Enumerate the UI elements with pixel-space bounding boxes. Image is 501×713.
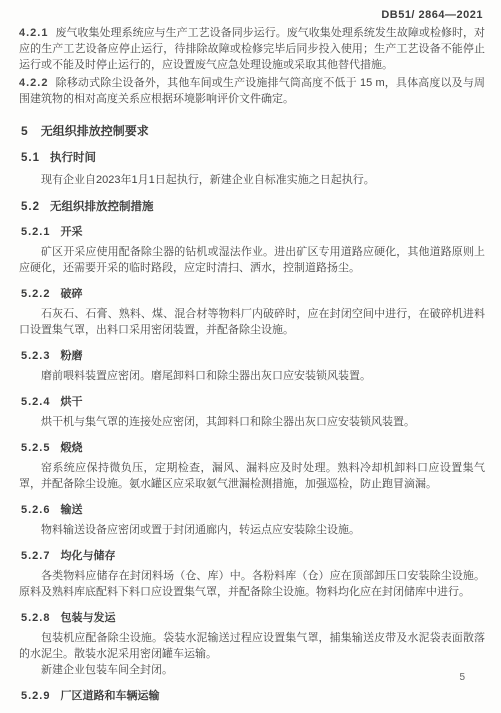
clause-number: 4.2.1 [19, 27, 48, 39]
heading-title: 粉磨 [60, 350, 82, 362]
heading-number: 5 [21, 124, 29, 138]
paragraph-drying: 烘干机与集气罩的连接处应密闭，其卸料口和除尘器出灰口应安装锁风装置。 [19, 414, 485, 430]
paragraph-packing-dispatch: 包装机应配备除尘设施。袋装水泥输送过程应设置集气罩，捕集输送皮带及水泥袋表面散落… [19, 630, 485, 662]
heading-number: 5.2.5 [21, 442, 50, 454]
heading-5-2-8: 5.2.8包装与发运 [21, 609, 485, 625]
clause-text: 除移动式除尘设备外，其他车间或生产设施排气筒高度不低于 15 m，具体高度以及与… [19, 77, 485, 105]
heading-title: 煅烧 [60, 442, 82, 454]
heading-number: 5.2.7 [21, 550, 50, 562]
heading-5-2-9: 5.2.9厂区道路和车辆运输 [21, 687, 485, 703]
page-number: 5 [459, 672, 465, 683]
heading-5-2-4: 5.2.4烘干 [21, 393, 485, 409]
heading-title: 烘干 [60, 396, 82, 408]
heading-number: 5.2.8 [21, 612, 50, 624]
heading-number: 5.2.6 [21, 504, 50, 516]
document-page: DB51/ 2864—2021 4.2.1废气收集处理系统应与生产工艺设备同步运… [0, 0, 501, 713]
heading-number: 5.2.2 [21, 288, 50, 300]
heading-5-2-5: 5.2.5煅烧 [21, 439, 485, 455]
paragraph-crushing: 石灰石、石膏、熟料、煤、混合材等物料厂内破碎时，应在封闭空间中进行，在破碎机进料… [19, 306, 485, 338]
paragraph-mining: 矿区开采应使用配备除尘器的钻机或湿法作业。进出矿区专用道路应硬化，其他道路原则上… [19, 244, 485, 276]
paragraph-homogenization-storage: 各类物料应储存在封闭料场（仓、库）中。各粉料库（仓）应在顶部卸压口安装除尘设施。… [19, 568, 485, 600]
heading-5-2-2: 5.2.2破碎 [21, 285, 485, 301]
heading-number: 5.2.3 [21, 350, 50, 362]
paragraph-conveying: 物料输送设备应密闭或置于封闭通廊内，转运点应安装除尘设施。 [19, 522, 485, 538]
heading-number: 5.1 [21, 152, 40, 164]
heading-title: 输送 [60, 504, 82, 516]
paragraph-execution-time: 现有企业自2023年1月1日起执行，新建企业自标准实施之日起执行。 [19, 172, 485, 188]
heading-title: 厂区道路和车辆运输 [60, 690, 159, 702]
heading-5-2-1: 5.2.1开采 [21, 223, 485, 239]
heading-title: 包装与发运 [60, 612, 115, 624]
heading-number: 5.2.4 [21, 396, 50, 408]
heading-number: 5.2.9 [21, 690, 50, 702]
heading-title: 无组织排放控制要求 [41, 124, 149, 138]
clause-4-2-1: 4.2.1废气收集处理系统应与生产工艺设备同步运行。废气收集处理系统发生故障或检… [19, 25, 485, 73]
heading-title: 开采 [60, 226, 82, 238]
heading-title: 无组织排放控制措施 [50, 201, 154, 213]
heading-5-2-3: 5.2.3粉磨 [21, 347, 485, 363]
paragraph-calcination: 窑系统应保持微负压，定期检查，漏风、漏料应及时处理。熟料冷却机卸料口应设置集气罩… [19, 460, 485, 492]
heading-title: 破碎 [60, 288, 82, 300]
heading-5-2-6: 5.2.6输送 [21, 501, 485, 517]
heading-title: 均化与储存 [60, 550, 115, 562]
clause-number: 4.2.2 [19, 77, 48, 89]
clause-text: 废气收集处理系统应与生产工艺设备同步运行。废气收集处理系统发生故障或检修时，对应… [19, 27, 485, 71]
heading-number: 5.2 [21, 201, 40, 213]
heading-title: 执行时间 [50, 152, 96, 164]
heading-5-2: 5.2无组织排放控制措施 [21, 198, 485, 214]
heading-5-1: 5.1执行时间 [21, 149, 485, 165]
paragraph-new-enterprise-packing: 新建企业包装车间全封闭。 [19, 662, 485, 678]
clause-4-2-2: 4.2.2除移动式除尘设备外，其他车间或生产设施排气筒高度不低于 15 m，具体… [19, 75, 485, 107]
heading-5: 5无组织排放控制要求 [21, 122, 485, 139]
heading-number: 5.2.1 [21, 226, 50, 238]
paragraph-grinding: 磨前喂料装置应密闭。磨尾卸料口和除尘器出灰口应安装锁风装置。 [19, 368, 485, 384]
heading-5-2-7: 5.2.7均化与储存 [21, 547, 485, 563]
doc-code: DB51/ 2864—2021 [19, 9, 483, 21]
